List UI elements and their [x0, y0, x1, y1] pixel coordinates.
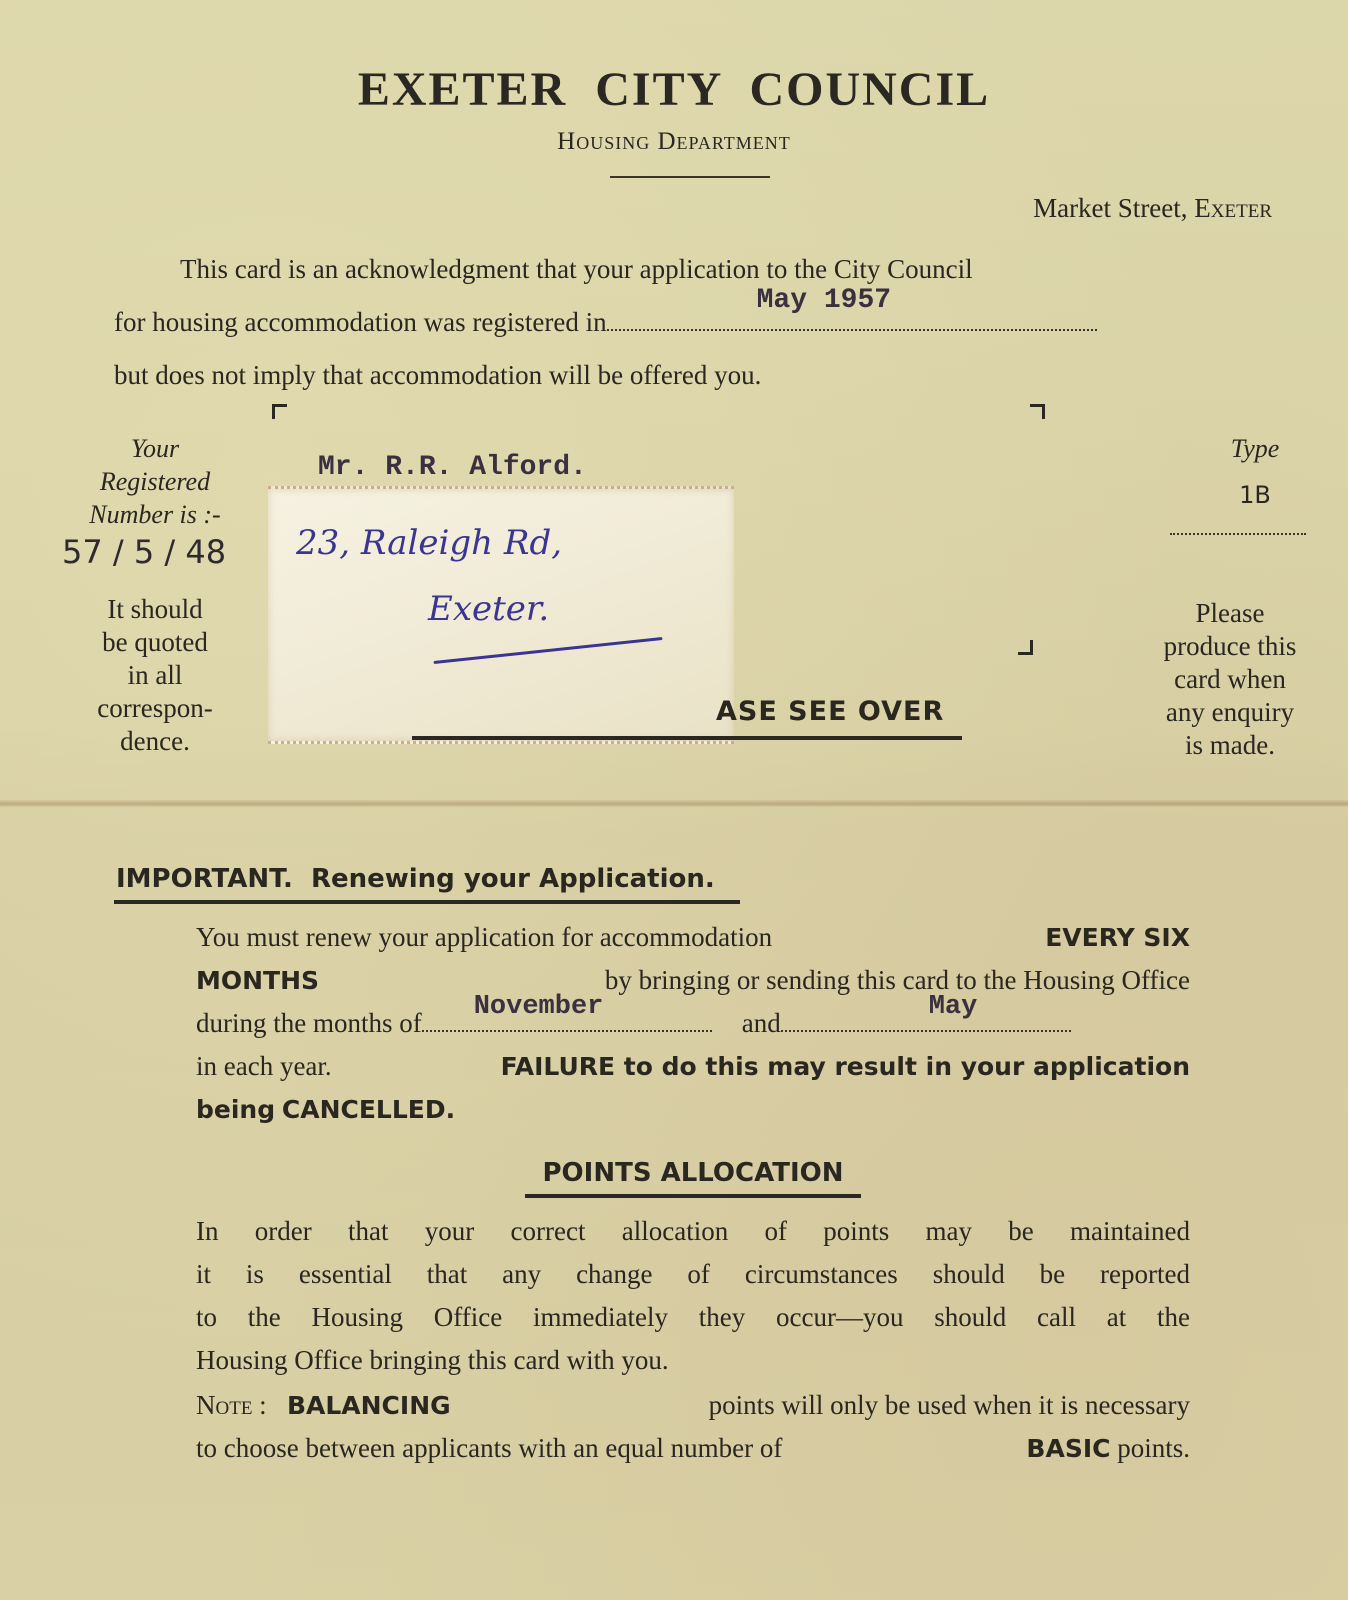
produce-note-line: card when [1130, 663, 1330, 696]
renewal-line: You must renew your application for acco… [196, 916, 1190, 959]
registration-number: 57 / 5 / 48 [50, 533, 260, 571]
produce-note-line: Please [1130, 597, 1330, 630]
note-text: points will only be used when it is nece… [709, 1384, 1190, 1427]
points-note-line-2: to choose between applicants with an equ… [196, 1427, 1190, 1470]
points-body: In order that your correct allocation of… [196, 1210, 1190, 1470]
reg-note: It should be quoted in all correspon- de… [50, 593, 260, 758]
reg-label-3: Number is :- [50, 498, 260, 531]
renewal-bold: CANCELLED. [282, 1095, 455, 1124]
applicant-name: Mr. R.R. Alford. [318, 452, 587, 483]
month1-field: November [422, 1016, 712, 1032]
produce-note-line: produce this [1130, 630, 1330, 663]
note-bold: BALANCING [287, 1391, 451, 1420]
bracket-bottom-right-icon [1018, 640, 1033, 655]
handwritten-underline [433, 637, 662, 664]
bracket-top-right-icon [1030, 404, 1045, 419]
see-over-underline [412, 736, 962, 740]
registered-date-field: May 1957 [607, 307, 1097, 331]
address-street: Market Street, [1033, 193, 1187, 223]
office-address: Market Street, Exeter [1033, 193, 1272, 224]
renewal-months-line: during the months of November and May [196, 1002, 1190, 1045]
registered-date: May 1957 [757, 285, 891, 316]
renewal-body: You must renew your application for acco… [196, 916, 1190, 1131]
renewal-line: in each year.FAILURE to do this may resu… [196, 1045, 1190, 1088]
reg-note-line: dence. [50, 725, 260, 758]
reg-note-line: be quoted [50, 626, 260, 659]
points-line: it is essential that any change of circu… [196, 1253, 1190, 1296]
produce-note-line: any enquiry [1130, 696, 1330, 729]
ack-line-2: for housing accommodation was registered… [114, 307, 1097, 338]
type-block: Type 1B [1140, 432, 1330, 535]
fold-crease [0, 800, 1348, 808]
points-heading: POINTS ALLOCATION [0, 1158, 1348, 1188]
renewal-heading: IMPORTANT. Renewing your Application. [116, 864, 715, 894]
points-heading-underline [525, 1194, 861, 1198]
council-title: EXETER CITY COUNCIL [0, 62, 1348, 117]
header-divider [610, 176, 770, 178]
note-bold: BASIC [1026, 1434, 1110, 1463]
note-text: points. [1117, 1433, 1190, 1463]
please-see-over: ASE SEE OVER [716, 696, 944, 727]
reg-note-line: It should [50, 593, 260, 626]
produce-note-line: is made. [1130, 729, 1330, 762]
housing-card: EXETER CITY COUNCIL Housing Department M… [0, 0, 1348, 1600]
renewal-text: during the months of [196, 1002, 422, 1045]
renewal-line: MONTHSby bringing or sending this card t… [196, 959, 1190, 1002]
renewal-month-2: May [929, 986, 978, 1029]
points-line: to the Housing Office immediately they o… [196, 1296, 1190, 1339]
bracket-top-left-icon [272, 404, 287, 419]
department-name: Housing Department [0, 128, 1348, 156]
renewal-line: being CANCELLED. [196, 1088, 1190, 1131]
note-label: Note : [196, 1390, 267, 1420]
address-slip: 23, Raleigh Rd, Exeter. [268, 486, 734, 744]
renewal-title: Renewing your Application. [311, 864, 715, 894]
renewal-bold: EVERY SIX [1045, 916, 1190, 959]
points-line: In order that your correct allocation of… [196, 1210, 1190, 1253]
renewal-heading-underline [114, 900, 740, 904]
renewal-bold: being [196, 1095, 275, 1124]
type-dotted-field [1170, 533, 1306, 535]
important-label: IMPORTANT. [116, 864, 293, 894]
renewal-text: and [742, 1002, 781, 1045]
ack-line-3: but does not imply that accommodation wi… [114, 360, 761, 391]
month2-field: May [781, 1016, 1071, 1032]
reg-label-1: Your [50, 432, 260, 465]
type-value: 1B [1140, 481, 1330, 509]
points-line: Housing Office bringing this card with y… [196, 1339, 1190, 1382]
handwritten-address-line-1: 23, Raleigh Rd, [296, 523, 562, 563]
produce-card-note: Please produce this card when any enquir… [1130, 597, 1330, 762]
renewal-month-1: November [474, 986, 604, 1029]
renewal-bold: FAILURE to do this may result in your ap… [501, 1045, 1190, 1088]
address-city: Exeter [1194, 193, 1272, 223]
ack-line-1: This card is an acknowledgment that your… [180, 254, 973, 285]
note-text: to choose between applicants with an equ… [196, 1427, 782, 1470]
reg-note-line: correspon- [50, 692, 260, 725]
handwritten-address-line-2: Exeter. [428, 589, 549, 629]
renewal-text: by bringing or sending this card to the … [605, 959, 1190, 1002]
reg-note-line: in all [50, 659, 260, 692]
registration-block: Your Registered Number is :- 57 / 5 / 48… [50, 432, 260, 758]
type-label: Type [1140, 432, 1330, 465]
ack-line-2-prefix: for housing accommodation was registered… [114, 307, 607, 337]
renewal-bold: MONTHS [196, 959, 319, 1002]
points-note-line-1: Note : BALANCING points will only be use… [196, 1384, 1190, 1427]
renewal-text: in each year. [196, 1045, 332, 1088]
renewal-text: You must renew your application for acco… [196, 916, 772, 959]
reg-label-2: Registered [50, 465, 260, 498]
